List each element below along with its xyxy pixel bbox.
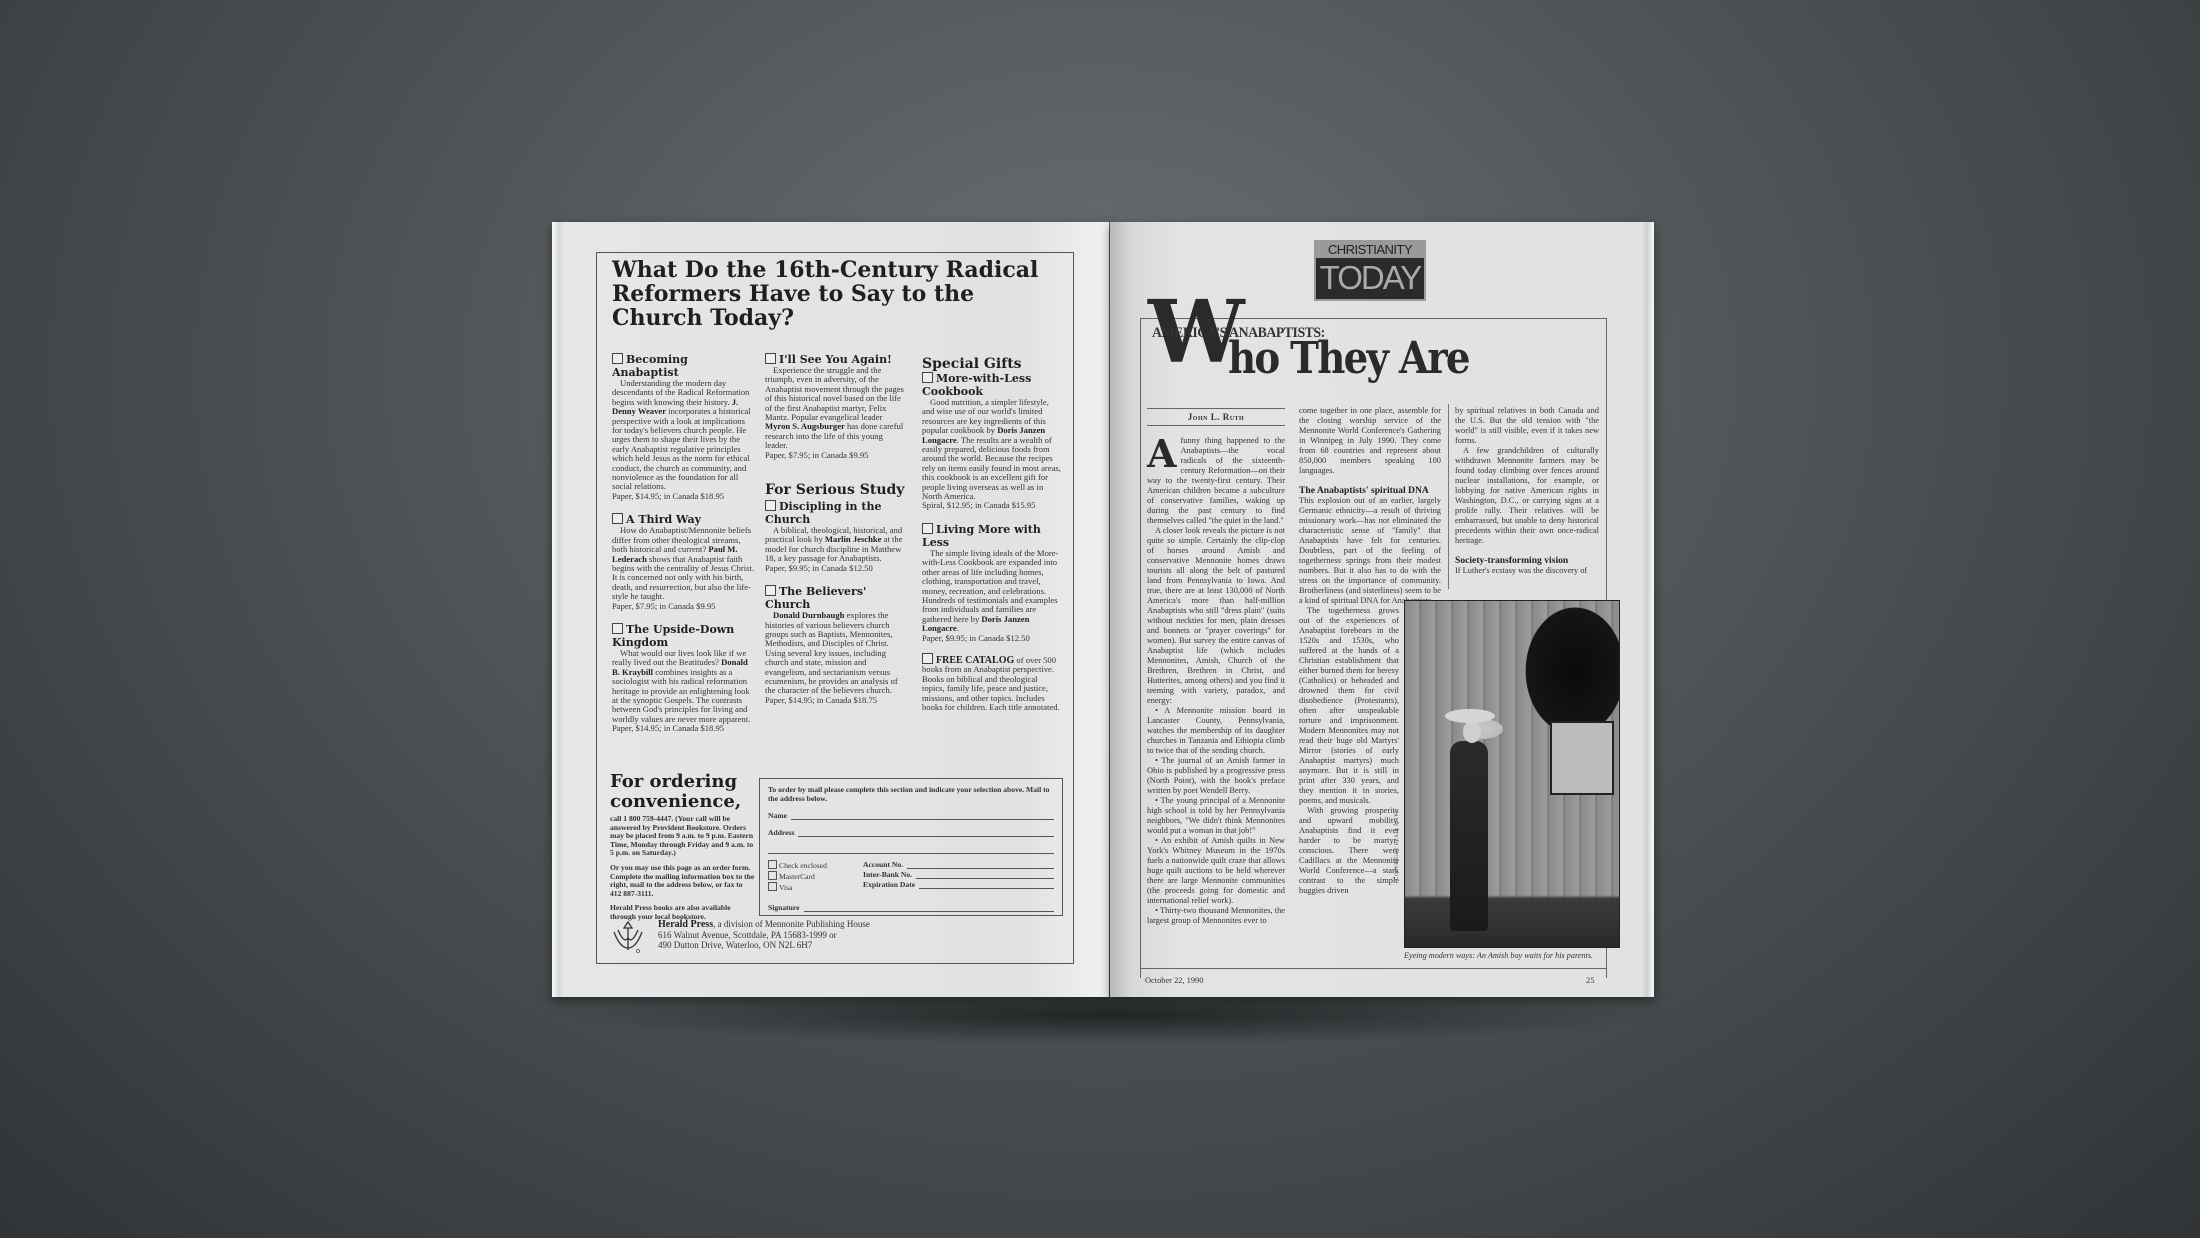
issue-date: October 22, 1990 — [1145, 976, 1203, 985]
book-description: Experience the struggle and the triumph,… — [765, 366, 907, 451]
checkbox-icon[interactable] — [768, 871, 777, 880]
bullet-item: • The young principal of a Mennonite hig… — [1147, 796, 1285, 836]
book-price: Paper, $14.95; in Canada $18.95 — [612, 724, 754, 733]
checkbox-icon[interactable] — [768, 882, 777, 891]
address-field-line-2[interactable] — [768, 845, 1054, 854]
checkbox-icon[interactable] — [765, 585, 776, 596]
photo-credit: COPYRIGHT BLAIR SEITZ — [1395, 810, 1400, 880]
check-enclosed-option[interactable]: Check enclosed — [768, 860, 863, 870]
bullet-item: • A Mennonite mission board in Lancaster… — [1147, 706, 1285, 756]
section-heading: Special Gifts — [922, 356, 1062, 372]
byline: John L. Ruth — [1147, 408, 1285, 426]
ad-column-2: I'll See You Again! Experience the strug… — [765, 353, 907, 705]
photo-caption: Eyeing modern ways: An Amish boy waits f… — [1404, 951, 1593, 960]
footer-rule — [1140, 968, 1607, 969]
expiration-date-field[interactable]: Expiration Date — [863, 880, 1054, 889]
book-price: Paper, $14.95; in Canada $18.95 — [612, 492, 754, 501]
book-description: How do Anabaptist/Mennonite beliefs diff… — [612, 526, 754, 601]
section-heading: For Serious Study — [765, 482, 907, 498]
checkbox-icon[interactable] — [612, 513, 623, 524]
book-item[interactable]: The Believers' Church — [765, 585, 907, 611]
newspaper-box — [1550, 721, 1614, 795]
section-subhead: Society-transforming vision — [1455, 556, 1599, 566]
herald-press-logo-icon — [610, 918, 646, 954]
article-column-1: Afunny thing happened to the Anabaptists… — [1147, 436, 1285, 926]
book-item[interactable]: Living More with Less — [922, 523, 1062, 549]
column-divider — [1448, 404, 1449, 589]
publisher-address-us: 616 Walnut Avenue, Scottdale, PA 15683-1… — [658, 930, 870, 940]
address-field[interactable]: Address — [768, 828, 1054, 837]
drop-cap: A — [1147, 438, 1176, 470]
book-item[interactable]: The Upside-Down Kingdom — [612, 623, 754, 649]
bullet-item: • An exhibit of Amish quilts in New York… — [1147, 836, 1285, 906]
checkbox-icon[interactable] — [765, 500, 776, 511]
free-catalog-offer[interactable]: FREE CATALOG of over 500 books from an A… — [922, 653, 1062, 712]
book-description: The simple living ideals of the More-wit… — [922, 549, 1062, 634]
name-field[interactable]: Name — [768, 811, 1054, 820]
publisher-address-canada: 490 Dutton Drive, Waterloo, ON N2L 6H7 — [658, 940, 870, 950]
book-description: Understanding the modern day descendants… — [612, 379, 754, 492]
book-price: Spiral, $12.95; in Canada $15.95 — [922, 501, 1062, 510]
order-form: To order by mail please complete this se… — [759, 778, 1063, 916]
publisher-info: Herald Press, a division of Mennonite Pu… — [610, 918, 1060, 958]
book-price: Paper, $9.95; in Canada $12.50 — [922, 634, 1062, 643]
page-number: 25 — [1586, 976, 1594, 985]
ordering-instructions: call 1 800 759-4447. (Your call will be … — [610, 815, 755, 928]
checkbox-icon[interactable] — [922, 653, 933, 664]
ordering-heading: For ordering convenience, — [610, 772, 760, 812]
payment-section: Check enclosed MasterCard Visa Account N… — [768, 860, 1054, 893]
article-column-3: by spiritual relatives in both Canada an… — [1455, 406, 1599, 576]
checkbox-icon[interactable] — [612, 623, 623, 634]
publisher-name: Herald Press — [658, 919, 713, 930]
checkbox-icon[interactable] — [612, 353, 623, 364]
bullet-item: • Thirty-two thousand Mennonites, the la… — [1147, 906, 1285, 926]
section-subhead: The Anabaptists' spiritual DNA — [1299, 486, 1441, 496]
book-description: A biblical, theological, historical, and… — [765, 526, 907, 564]
article-headline: ho They Are — [1228, 337, 1469, 381]
ad-column-1: Becoming Anabaptist Understanding the mo… — [612, 353, 754, 734]
book-price: Paper, $9.95; in Canada $12.50 — [765, 564, 907, 573]
form-intro: To order by mail please complete this se… — [768, 785, 1054, 803]
photo-subject — [1450, 741, 1488, 931]
visa-option[interactable]: Visa — [768, 882, 863, 892]
ad-title: What Do the 16th-Century Radical Reforme… — [612, 258, 1062, 330]
book-item[interactable]: Discipling in the Church — [765, 500, 907, 526]
account-number-field[interactable]: Account No. — [863, 860, 1054, 869]
ad-column-3: Special Gifts More-with-Less Cookbook Go… — [922, 356, 1062, 712]
checkbox-icon[interactable] — [768, 860, 777, 869]
book-item[interactable]: More-with-Less Cookbook — [922, 372, 1062, 398]
interbank-number-field[interactable]: Inter-Bank No. — [863, 870, 1054, 879]
checkbox-icon[interactable] — [765, 353, 776, 364]
mastercard-option[interactable]: MasterCard — [768, 871, 863, 881]
article-photo — [1404, 600, 1620, 948]
signature-field[interactable]: Signature — [768, 903, 1054, 912]
book-description: Good nutrition, a simpler lifestyle, and… — [922, 398, 1062, 501]
checkbox-icon[interactable] — [922, 523, 933, 534]
book-item[interactable]: Becoming Anabaptist — [612, 353, 754, 379]
checkbox-icon[interactable] — [922, 372, 933, 383]
book-price: Paper, $7.95; in Canada $9.95 — [765, 451, 907, 460]
book-description: Donald Durnbaugh explores the histories … — [765, 611, 907, 696]
bullet-item: • The journal of an Amish farmer in Ohio… — [1147, 756, 1285, 796]
book-description: What would our lives look like if we rea… — [612, 649, 754, 724]
book-price: Paper, $14.95; in Canada $18.75 — [765, 696, 907, 705]
christianity-today-logo: CHRISTIANITY TODAY — [1314, 240, 1426, 301]
book-price: Paper, $7.95; in Canada $9.95 — [612, 602, 754, 611]
